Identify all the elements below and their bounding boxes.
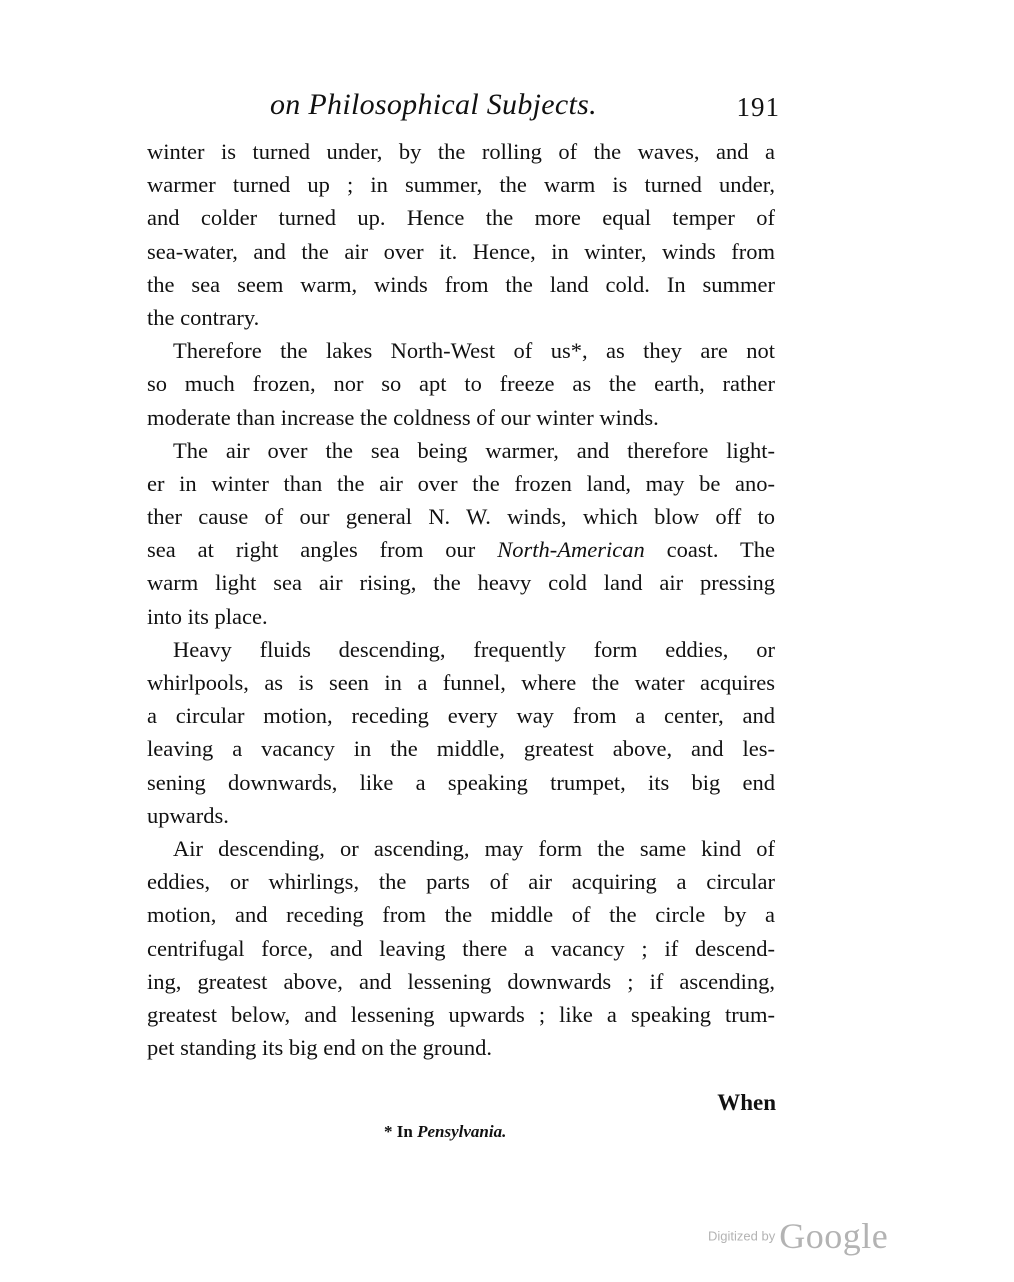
catchword: When [717, 1090, 776, 1116]
text-line: Air descending, or ascending, may form t… [147, 832, 775, 865]
paragraph-2: Therefore the lakes North-West of us*, a… [147, 334, 775, 434]
text-line: moderate than increase the coldness of o… [147, 401, 775, 434]
text-line: Therefore the lakes North-West of us*, a… [147, 334, 775, 367]
page-number: 191 [737, 92, 781, 123]
text-line: upwards. [147, 799, 775, 832]
book-page: on Philosophical Subjects. 191 winter is… [0, 0, 1014, 1282]
text-line: ing, greatest above, and lessening downw… [147, 965, 775, 998]
text-line: sea-water, and the air over it. Hence, i… [147, 235, 775, 268]
footnote-place: Pensylvania. [417, 1122, 506, 1141]
footnote-marker: * [384, 1122, 393, 1141]
paragraph-1: winter is turned under, by the rolling o… [147, 135, 775, 334]
text-line: sening downwards, like a speaking trumpe… [147, 766, 775, 799]
text-line: eddies, or whirlings, the parts of air a… [147, 865, 775, 898]
text-line: The air over the sea being warmer, and t… [147, 434, 775, 467]
paragraph-4: Heavy fluids descending, frequently form… [147, 633, 775, 832]
italic-phrase: North-American [497, 537, 644, 562]
body-text: winter is turned under, by the rolling o… [147, 135, 775, 1064]
text-line: motion, and receding from the middle of … [147, 898, 775, 931]
text-line: the contrary. [147, 301, 775, 334]
footnote: * In Pensylvania. [384, 1122, 506, 1142]
text-line: leaving a vacancy in the middle, greates… [147, 732, 775, 765]
paragraph-3: The air over the sea being warmer, and t… [147, 434, 775, 633]
text-line: the sea seem warm, winds from the land c… [147, 268, 775, 301]
text-line: warmer turned up ; in summer, the warm i… [147, 168, 775, 201]
watermark-small-text: Digitized by [708, 1229, 775, 1244]
text-line: so much frozen, nor so apt to freeze as … [147, 367, 775, 400]
watermark-logo-text: Google [779, 1216, 888, 1256]
text-line: er in winter than the air over the froze… [147, 467, 775, 500]
text-line: a circular motion, receding every way fr… [147, 699, 775, 732]
text-line: and colder turned up. Hence the more equ… [147, 201, 775, 234]
text-line: into its place. [147, 600, 775, 633]
text-line: sea at right angles from our North-Ameri… [147, 533, 775, 566]
text-line: greatest below, and lessening upwards ; … [147, 998, 775, 1031]
footnote-prefix: In [397, 1122, 413, 1141]
text-line: pet standing its big end on the ground. [147, 1031, 775, 1064]
text-line: whirlpools, as is seen in a funnel, wher… [147, 666, 775, 699]
text-line: Heavy fluids descending, frequently form… [147, 633, 775, 666]
text-line: ther cause of our general N. W. winds, w… [147, 500, 775, 533]
running-head: on Philosophical Subjects. 191 [140, 88, 780, 128]
text-line: centrifugal force, and leaving there a v… [147, 932, 775, 965]
digitized-watermark: Digitized by Google [708, 1215, 888, 1257]
text-line: winter is turned under, by the rolling o… [147, 135, 775, 168]
paragraph-5: Air descending, or ascending, may form t… [147, 832, 775, 1064]
running-title: on Philosophical Subjects. [270, 88, 597, 122]
text-line: warm light sea air rising, the heavy col… [147, 566, 775, 599]
